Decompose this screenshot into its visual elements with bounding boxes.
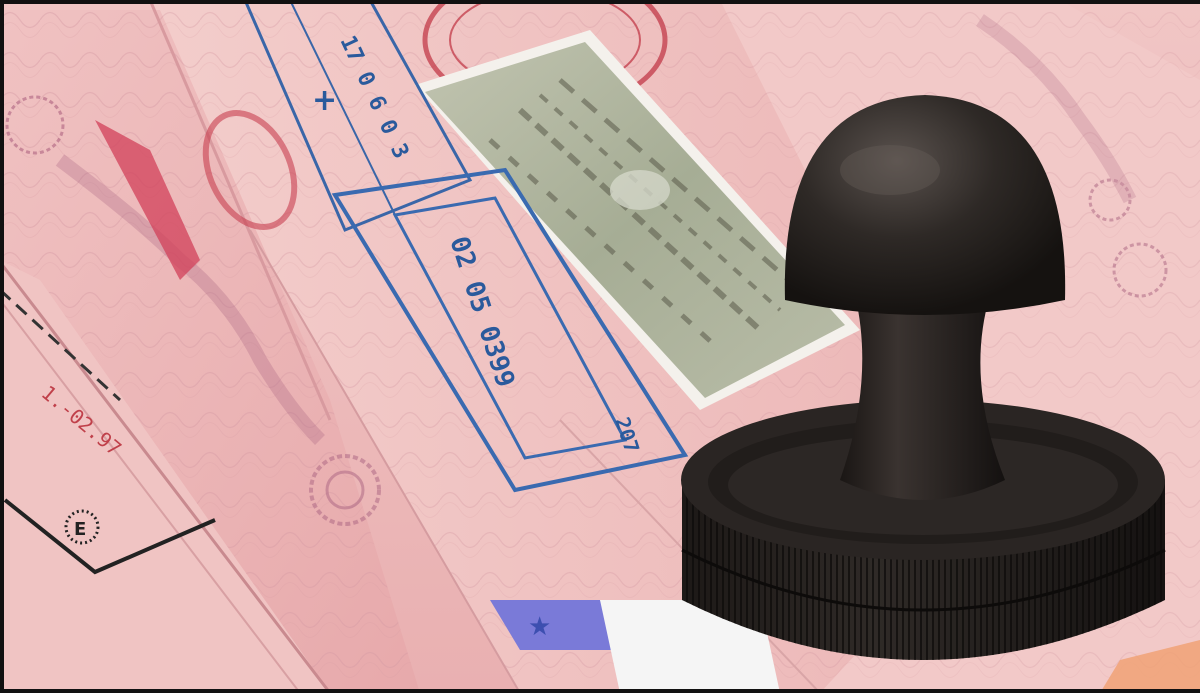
stamp-handle-knob [785, 95, 1065, 315]
svg-text:★: ★ [528, 612, 551, 642]
svg-text:+: + [312, 83, 337, 118]
photo-scene: 17 0 6 0 3 + 02 05 0399 207 1.-02.97 E ★ [0, 0, 1200, 693]
svg-text:E: E [74, 519, 86, 540]
stamp-handle-neck [840, 295, 1005, 500]
rubber-stamp [660, 80, 1200, 693]
